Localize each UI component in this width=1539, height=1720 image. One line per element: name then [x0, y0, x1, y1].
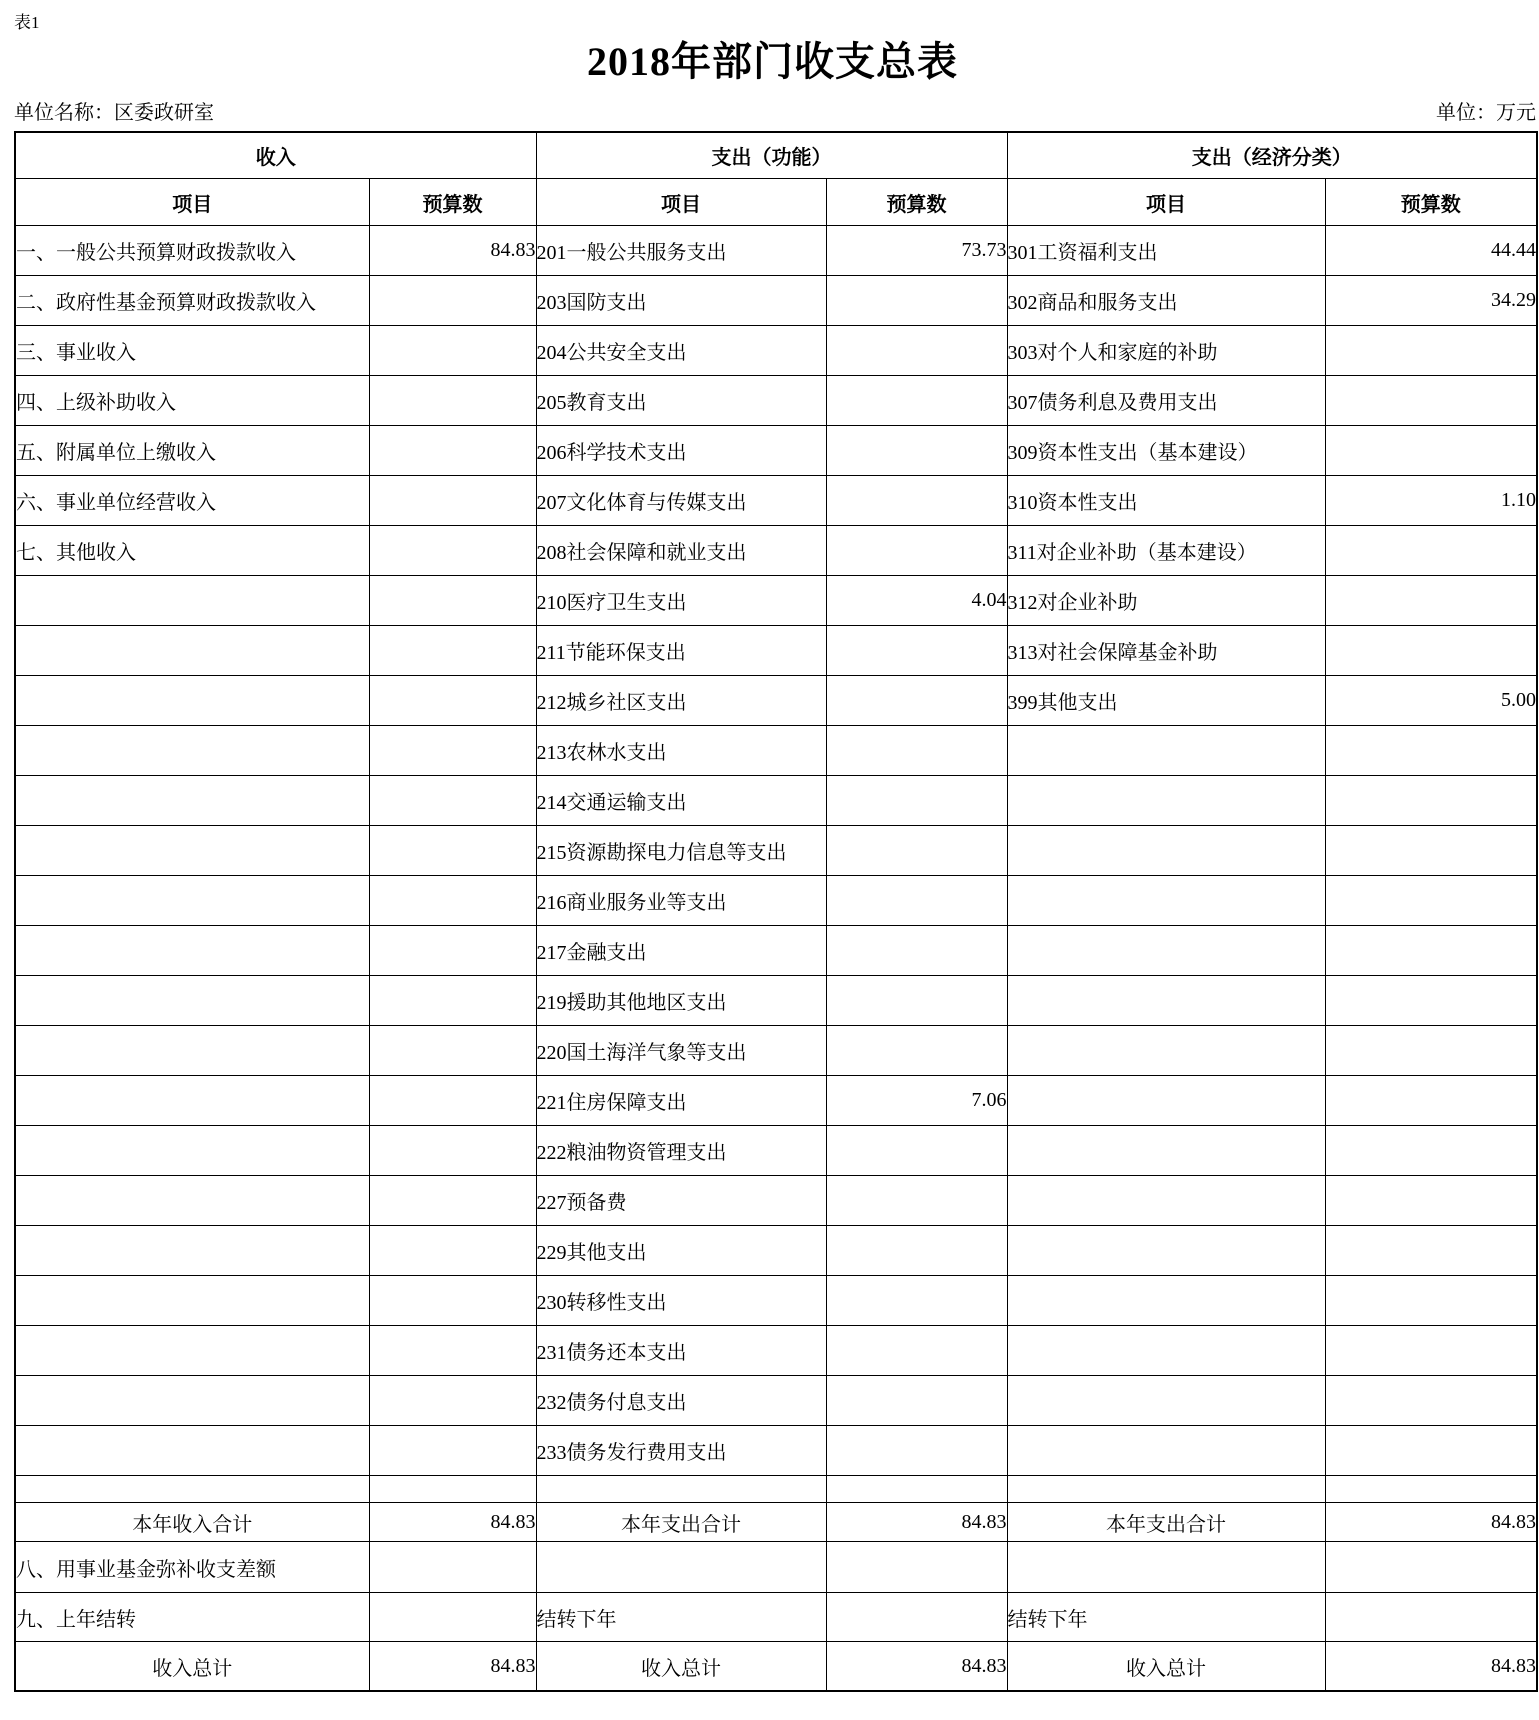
economic-item-cell: 307债务利息及费用支出	[1007, 376, 1325, 426]
economic-budget-cell	[1325, 1542, 1537, 1593]
economic-budget-cell	[1325, 1176, 1537, 1226]
income-budget-cell	[369, 576, 536, 626]
function-item-cell: 212城乡社区支出	[536, 676, 826, 726]
economic-budget-cell	[1325, 626, 1537, 676]
economic-budget-cell: 1.10	[1325, 476, 1537, 526]
function-budget-cell	[826, 1426, 1007, 1476]
table-row: 213农林水支出	[15, 726, 1537, 776]
economic-budget-cell	[1325, 1426, 1537, 1476]
economic-item-cell	[1007, 1026, 1325, 1076]
economic-item-cell: 本年支出合计	[1007, 1503, 1325, 1542]
function-item-cell: 本年支出合计	[536, 1503, 826, 1542]
budget-table: 收入 支出（功能） 支出（经济分类） 项目 预算数 项目 预算数 项目 预算数 …	[14, 131, 1538, 1692]
economic-budget-cell	[1325, 826, 1537, 876]
economic-item-cell	[1007, 1226, 1325, 1276]
column-header-row: 项目 预算数 项目 预算数 项目 预算数	[15, 179, 1537, 226]
economic-budget-cell	[1325, 1026, 1537, 1076]
function-item-cell: 229其他支出	[536, 1226, 826, 1276]
table-row: 216商业服务业等支出	[15, 876, 1537, 926]
function-budget-cell	[826, 1593, 1007, 1642]
table-row: 220国土海洋气象等支出	[15, 1026, 1537, 1076]
economic-item-cell: 312对企业补助	[1007, 576, 1325, 626]
function-item-cell: 214交通运输支出	[536, 776, 826, 826]
function-budget-cell	[826, 1476, 1007, 1503]
economic-budget-cell	[1325, 576, 1537, 626]
economic-item-cell: 结转下年	[1007, 1593, 1325, 1642]
economic-item-cell	[1007, 1076, 1325, 1126]
function-item-cell	[536, 1476, 826, 1503]
economic-item-cell: 303对个人和家庭的补助	[1007, 326, 1325, 376]
income-item-header: 项目	[15, 179, 369, 226]
table-row: 215资源勘探电力信息等支出	[15, 826, 1537, 876]
income-item-cell	[15, 1376, 369, 1426]
function-budget-cell	[826, 426, 1007, 476]
table-row: 229其他支出	[15, 1226, 1537, 1276]
income-item-cell: 收入总计	[15, 1642, 369, 1692]
income-budget-cell	[369, 1376, 536, 1426]
function-item-cell: 203国防支出	[536, 276, 826, 326]
income-item-cell	[15, 676, 369, 726]
income-budget-cell	[369, 1226, 536, 1276]
carryover-row: 九、上年结转结转下年结转下年	[15, 1593, 1537, 1642]
economic-budget-cell	[1325, 1326, 1537, 1376]
function-item-cell: 222粮油物资管理支出	[536, 1126, 826, 1176]
function-item-cell: 230转移性支出	[536, 1276, 826, 1326]
income-item-cell	[15, 1176, 369, 1226]
function-budget-cell	[826, 1126, 1007, 1176]
doc-tag: 表1	[14, 12, 1531, 34]
function-item-cell: 233债务发行费用支出	[536, 1426, 826, 1476]
table-row: 210医疗卫生支出4.04312对企业补助	[15, 576, 1537, 626]
economic-budget-cell	[1325, 1476, 1537, 1503]
economic-item-cell	[1007, 976, 1325, 1026]
function-budget-cell	[826, 826, 1007, 876]
economic-budget-cell: 84.83	[1325, 1503, 1537, 1542]
income-budget-cell	[369, 476, 536, 526]
table-row: 211节能环保支出313对社会保障基金补助	[15, 626, 1537, 676]
function-item-cell: 221住房保障支出	[536, 1076, 826, 1126]
income-item-cell: 二、政府性基金预算财政拨款收入	[15, 276, 369, 326]
economic-item-header: 项目	[1007, 179, 1325, 226]
function-item-cell: 210医疗卫生支出	[536, 576, 826, 626]
income-budget-cell	[369, 326, 536, 376]
function-budget-cell	[826, 626, 1007, 676]
function-item-cell: 219援助其他地区支出	[536, 976, 826, 1026]
economic-budget-cell: 5.00	[1325, 676, 1537, 726]
economic-budget-cell	[1325, 1276, 1537, 1326]
table-row: 一、一般公共预算财政拨款收入84.83201一般公共服务支出73.73301工资…	[15, 226, 1537, 276]
budget-sheet: 表1 2018年部门收支总表 单位名称：区委政研室 单位：万元 收入 支出（功能…	[0, 0, 1539, 1692]
income-budget-cell: 84.83	[369, 1503, 536, 1542]
economic-item-cell	[1007, 1542, 1325, 1593]
function-item-cell: 201一般公共服务支出	[536, 226, 826, 276]
table-row: 233债务发行费用支出	[15, 1426, 1537, 1476]
function-item-cell: 204公共安全支出	[536, 326, 826, 376]
economic-budget-cell: 34.29	[1325, 276, 1537, 326]
economic-budget-header: 预算数	[1325, 179, 1537, 226]
function-item-cell: 208社会保障和就业支出	[536, 526, 826, 576]
function-budget-cell	[826, 976, 1007, 1026]
function-budget-cell	[826, 726, 1007, 776]
function-item-cell: 206科学技术支出	[536, 426, 826, 476]
table-row: 二、政府性基金预算财政拨款收入203国防支出302商品和服务支出34.29	[15, 276, 1537, 326]
income-item-cell	[15, 576, 369, 626]
table-row: 231债务还本支出	[15, 1326, 1537, 1376]
economic-item-cell	[1007, 1176, 1325, 1226]
income-item-cell	[15, 726, 369, 776]
group-header-income: 收入	[15, 132, 536, 179]
income-budget-cell	[369, 1426, 536, 1476]
function-budget-cell	[826, 776, 1007, 826]
function-budget-cell	[826, 1176, 1007, 1226]
income-item-cell: 四、上级补助收入	[15, 376, 369, 426]
page-title: 2018年部门收支总表	[14, 36, 1531, 88]
function-item-cell: 213农林水支出	[536, 726, 826, 776]
income-budget-cell	[369, 726, 536, 776]
income-budget-cell	[369, 276, 536, 326]
income-budget-cell	[369, 1326, 536, 1376]
income-item-cell: 三、事业收入	[15, 326, 369, 376]
income-budget-cell	[369, 626, 536, 676]
economic-item-cell: 313对社会保障基金补助	[1007, 626, 1325, 676]
income-budget-cell	[369, 1542, 536, 1593]
income-item-cell	[15, 1026, 369, 1076]
table-row: 六、事业单位经营收入207文化体育与传媒支出310资本性支出1.10	[15, 476, 1537, 526]
function-item-cell: 220国土海洋气象等支出	[536, 1026, 826, 1076]
plain-row: 八、用事业基金弥补收支差额	[15, 1542, 1537, 1593]
economic-budget-cell: 84.83	[1325, 1642, 1537, 1692]
income-item-cell	[15, 926, 369, 976]
function-budget-cell	[826, 926, 1007, 976]
economic-budget-cell	[1325, 1126, 1537, 1176]
function-budget-cell	[826, 876, 1007, 926]
income-budget-cell	[369, 776, 536, 826]
income-item-cell: 九、上年结转	[15, 1593, 369, 1642]
function-budget-cell: 73.73	[826, 226, 1007, 276]
economic-item-cell: 399其他支出	[1007, 676, 1325, 726]
economic-item-cell	[1007, 1326, 1325, 1376]
function-budget-cell: 4.04	[826, 576, 1007, 626]
income-item-cell	[15, 826, 369, 876]
group-header-economic: 支出（经济分类）	[1007, 132, 1537, 179]
function-item-header: 项目	[536, 179, 826, 226]
economic-budget-cell: 44.44	[1325, 226, 1537, 276]
economic-item-cell	[1007, 1126, 1325, 1176]
group-header-row: 收入 支出（功能） 支出（经济分类）	[15, 132, 1537, 179]
income-item-cell	[15, 1226, 369, 1276]
income-budget-cell	[369, 1126, 536, 1176]
income-budget-cell: 84.83	[369, 226, 536, 276]
economic-item-cell: 302商品和服务支出	[1007, 276, 1325, 326]
economic-budget-cell	[1325, 876, 1537, 926]
income-item-cell: 五、附属单位上缴收入	[15, 426, 369, 476]
function-item-cell: 205教育支出	[536, 376, 826, 426]
income-item-cell: 七、其他收入	[15, 526, 369, 576]
function-budget-cell	[826, 526, 1007, 576]
income-budget-header: 预算数	[369, 179, 536, 226]
economic-budget-cell	[1325, 726, 1537, 776]
economic-item-cell	[1007, 1376, 1325, 1426]
income-item-cell	[15, 1276, 369, 1326]
income-item-cell: 一、一般公共预算财政拨款收入	[15, 226, 369, 276]
income-item-cell	[15, 626, 369, 676]
table-row: 219援助其他地区支出	[15, 976, 1537, 1026]
function-budget-header: 预算数	[826, 179, 1007, 226]
economic-budget-cell	[1325, 326, 1537, 376]
table-row: 230转移性支出	[15, 1276, 1537, 1326]
function-budget-cell	[826, 1226, 1007, 1276]
table-row: 232债务付息支出	[15, 1376, 1537, 1426]
table-row: 七、其他收入208社会保障和就业支出311对企业补助（基本建设）	[15, 526, 1537, 576]
group-header-function: 支出（功能）	[536, 132, 1007, 179]
function-budget-cell	[826, 276, 1007, 326]
function-budget-cell	[826, 1542, 1007, 1593]
economic-budget-cell	[1325, 1076, 1537, 1126]
table-row: 212城乡社区支出399其他支出5.00	[15, 676, 1537, 726]
economic-item-cell: 311对企业补助（基本建设）	[1007, 526, 1325, 576]
income-item-cell	[15, 976, 369, 1026]
function-budget-cell	[826, 326, 1007, 376]
economic-item-cell: 310资本性支出	[1007, 476, 1325, 526]
economic-item-cell	[1007, 826, 1325, 876]
table-row: 五、附属单位上缴收入206科学技术支出309资本性支出（基本建设）	[15, 426, 1537, 476]
function-budget-cell: 84.83	[826, 1503, 1007, 1542]
table-body: 一、一般公共预算财政拨款收入84.83201一般公共服务支出73.73301工资…	[15, 226, 1537, 1692]
function-item-cell: 211节能环保支出	[536, 626, 826, 676]
income-budget-cell	[369, 826, 536, 876]
income-budget-cell	[369, 676, 536, 726]
economic-budget-cell	[1325, 976, 1537, 1026]
economic-item-cell: 收入总计	[1007, 1642, 1325, 1692]
table-row: 221住房保障支出7.06	[15, 1076, 1537, 1126]
income-budget-cell	[369, 1176, 536, 1226]
income-budget-cell	[369, 976, 536, 1026]
function-item-cell: 232债务付息支出	[536, 1376, 826, 1426]
income-item-cell: 本年收入合计	[15, 1503, 369, 1542]
income-budget-cell	[369, 1476, 536, 1503]
total-row: 本年收入合计84.83本年支出合计84.83本年支出合计84.83	[15, 1503, 1537, 1542]
economic-item-cell	[1007, 1276, 1325, 1326]
economic-budget-cell	[1325, 1376, 1537, 1426]
economic-budget-cell	[1325, 526, 1537, 576]
function-budget-cell: 84.83	[826, 1642, 1007, 1692]
function-item-cell: 217金融支出	[536, 926, 826, 976]
grand-total-row: 收入总计84.83收入总计84.83收入总计84.83	[15, 1642, 1537, 1692]
spacer-row	[15, 1476, 1537, 1503]
table-row: 214交通运输支出	[15, 776, 1537, 826]
table-row: 227预备费	[15, 1176, 1537, 1226]
income-budget-cell	[369, 426, 536, 476]
table-row: 三、事业收入204公共安全支出303对个人和家庭的补助	[15, 326, 1537, 376]
table-row: 四、上级补助收入205教育支出307债务利息及费用支出	[15, 376, 1537, 426]
unit-name-label: 单位名称：区委政研室	[14, 96, 214, 125]
income-item-cell	[15, 1326, 369, 1376]
function-item-cell: 216商业服务业等支出	[536, 876, 826, 926]
function-budget-cell	[826, 1376, 1007, 1426]
income-budget-cell	[369, 926, 536, 976]
function-budget-cell	[826, 476, 1007, 526]
economic-budget-cell	[1325, 426, 1537, 476]
function-budget-cell	[826, 1326, 1007, 1376]
function-item-cell: 227预备费	[536, 1176, 826, 1226]
income-item-cell: 八、用事业基金弥补收支差额	[15, 1542, 369, 1593]
income-budget-cell	[369, 1276, 536, 1326]
income-budget-cell	[369, 876, 536, 926]
function-budget-cell	[826, 676, 1007, 726]
table-row: 217金融支出	[15, 926, 1537, 976]
function-budget-cell	[826, 1276, 1007, 1326]
income-item-cell: 六、事业单位经营收入	[15, 476, 369, 526]
function-item-cell: 215资源勘探电力信息等支出	[536, 826, 826, 876]
economic-item-cell: 309资本性支出（基本建设）	[1007, 426, 1325, 476]
income-budget-cell	[369, 1076, 536, 1126]
economic-item-cell: 301工资福利支出	[1007, 226, 1325, 276]
economic-item-cell	[1007, 776, 1325, 826]
income-item-cell	[15, 1076, 369, 1126]
economic-budget-cell	[1325, 926, 1537, 976]
income-item-cell	[15, 1426, 369, 1476]
function-item-cell: 收入总计	[536, 1642, 826, 1692]
unit-label: 单位：万元	[1436, 96, 1536, 125]
function-budget-cell	[826, 376, 1007, 426]
economic-budget-cell	[1325, 1226, 1537, 1276]
function-item-cell: 231债务还本支出	[536, 1326, 826, 1376]
economic-budget-cell	[1325, 776, 1537, 826]
table-row: 222粮油物资管理支出	[15, 1126, 1537, 1176]
function-budget-cell: 7.06	[826, 1076, 1007, 1126]
income-budget-cell	[369, 1026, 536, 1076]
economic-item-cell	[1007, 926, 1325, 976]
income-budget-cell	[369, 376, 536, 426]
function-item-cell	[536, 1542, 826, 1593]
income-item-cell	[15, 776, 369, 826]
meta-row: 单位名称：区委政研室 单位：万元	[14, 96, 1536, 125]
economic-item-cell	[1007, 726, 1325, 776]
function-item-cell: 结转下年	[536, 1593, 826, 1642]
economic-budget-cell	[1325, 1593, 1537, 1642]
economic-item-cell	[1007, 876, 1325, 926]
income-budget-cell	[369, 1593, 536, 1642]
economic-item-cell	[1007, 1426, 1325, 1476]
income-budget-cell	[369, 526, 536, 576]
function-budget-cell	[826, 1026, 1007, 1076]
economic-budget-cell	[1325, 376, 1537, 426]
economic-item-cell	[1007, 1476, 1325, 1503]
income-item-cell	[15, 1126, 369, 1176]
income-item-cell	[15, 876, 369, 926]
income-item-cell	[15, 1476, 369, 1503]
function-item-cell: 207文化体育与传媒支出	[536, 476, 826, 526]
income-budget-cell: 84.83	[369, 1642, 536, 1692]
